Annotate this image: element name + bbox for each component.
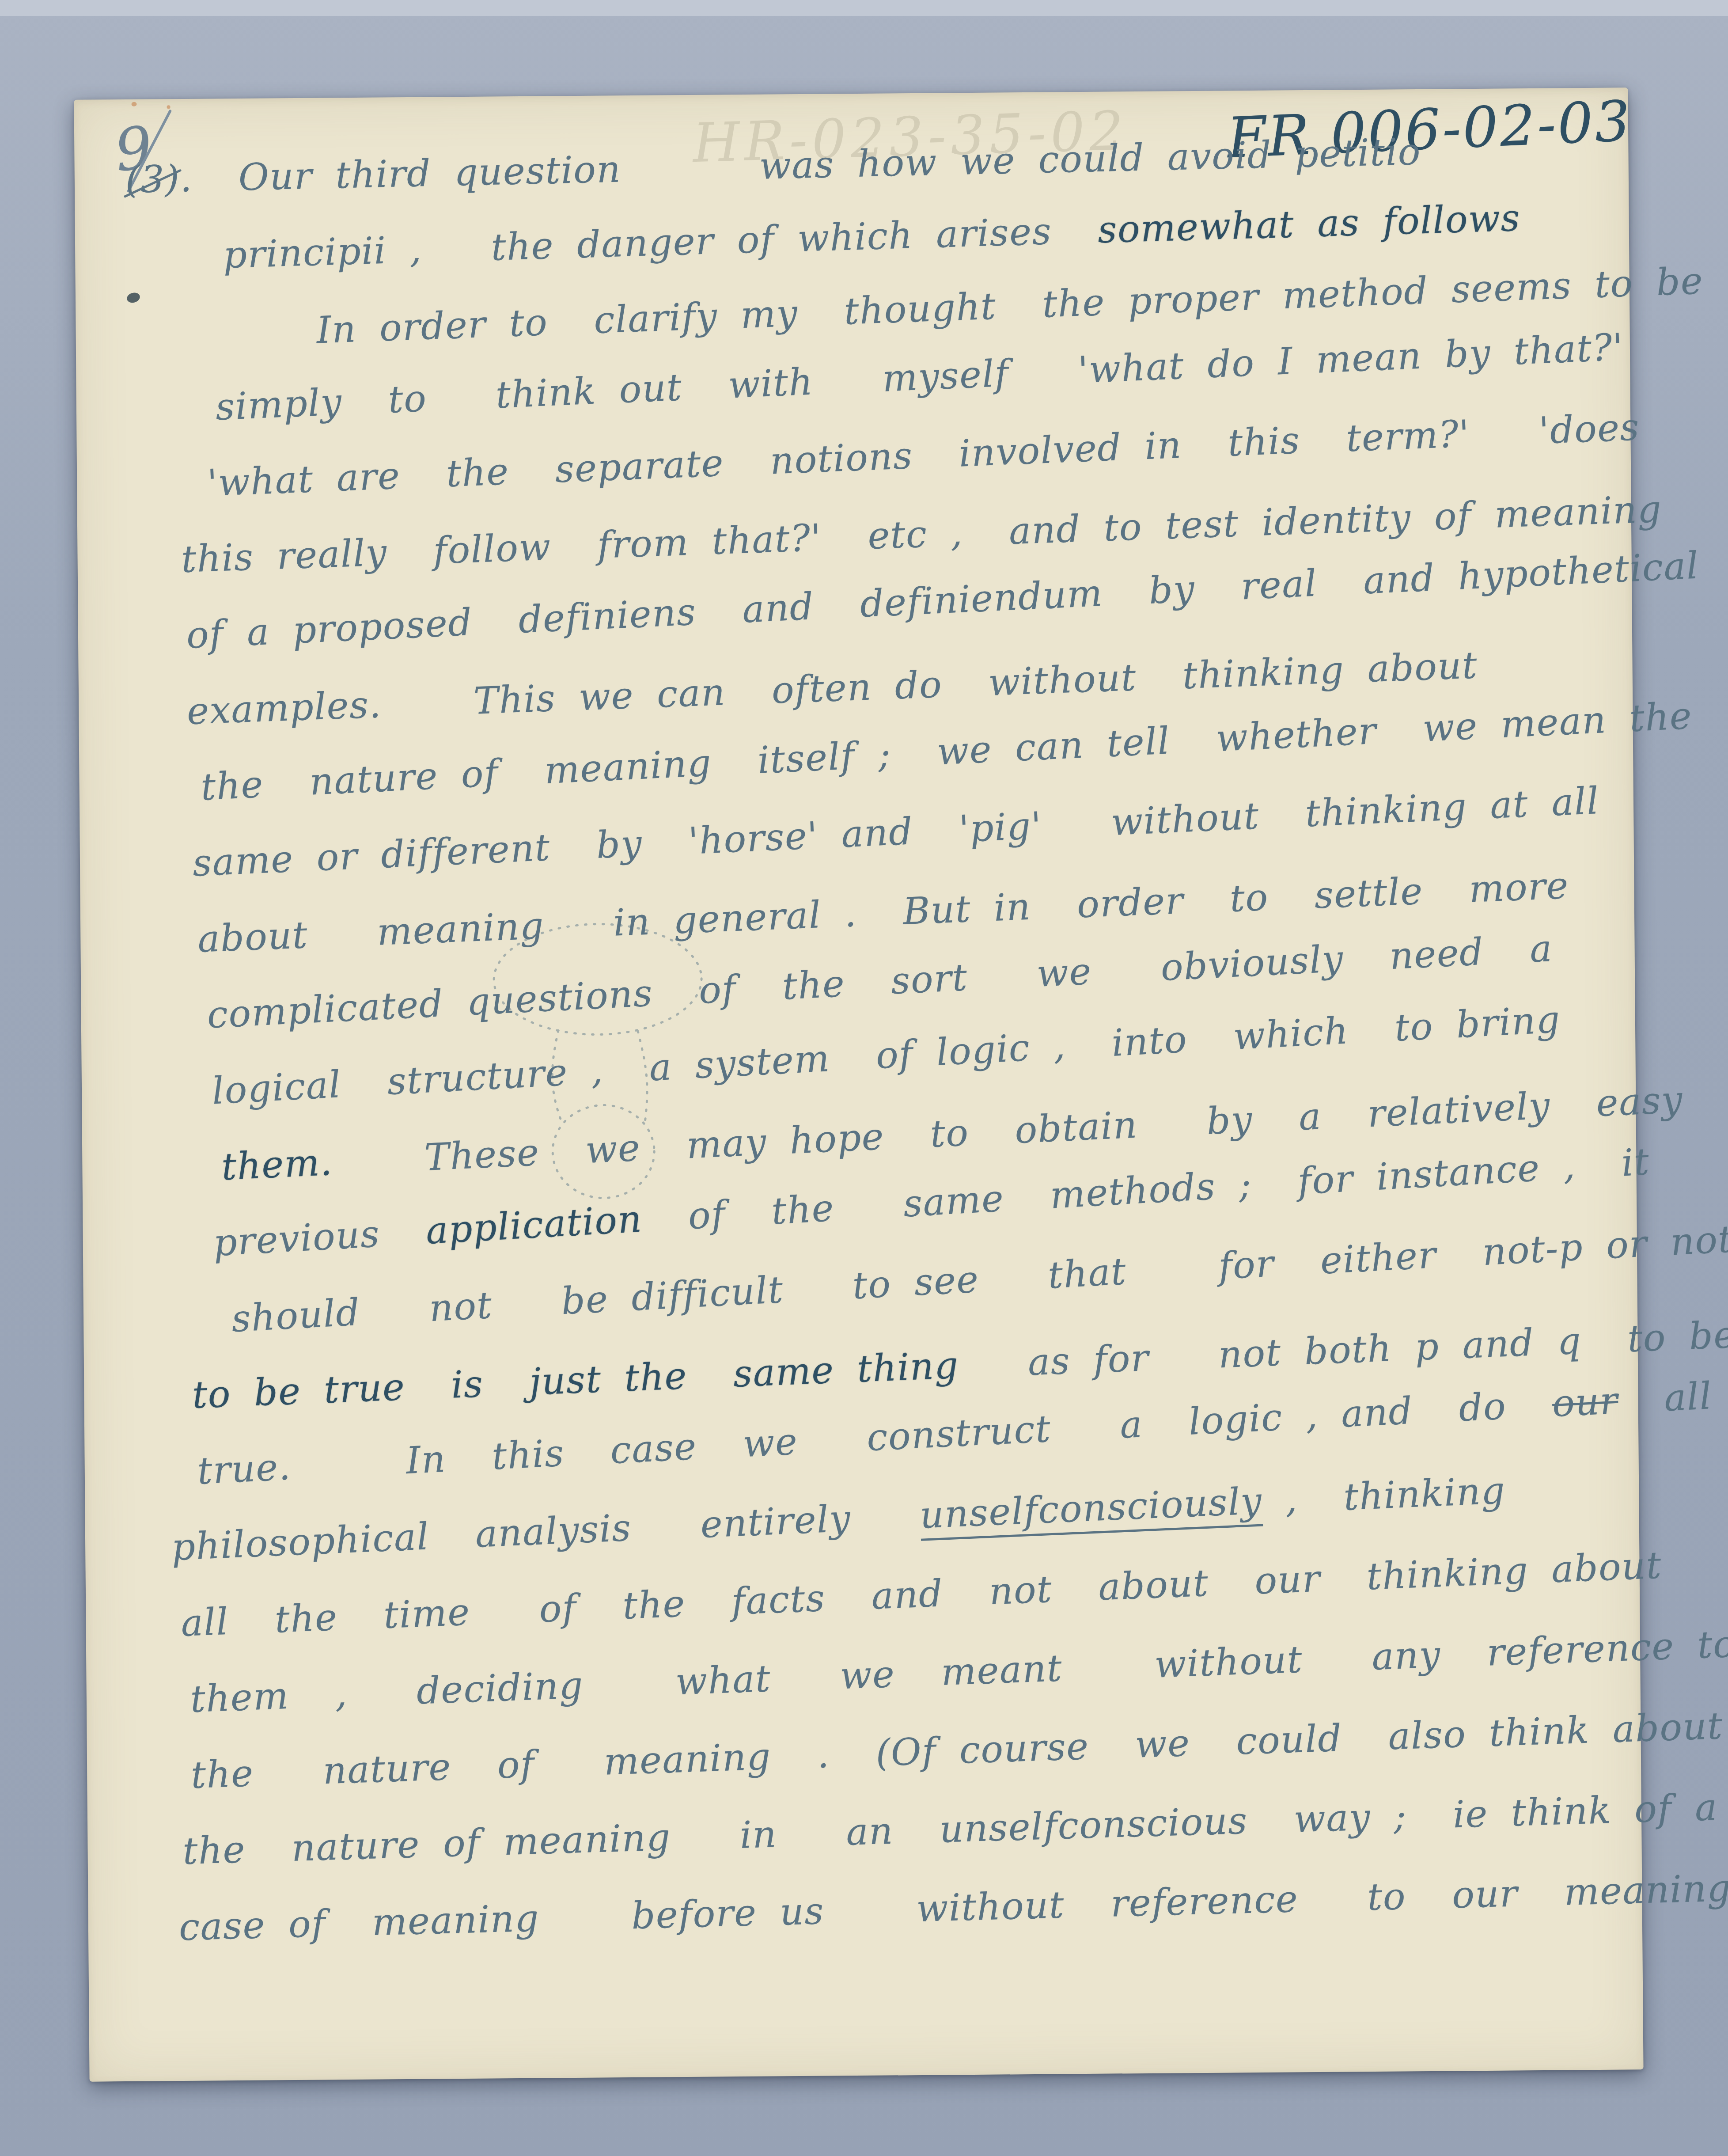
handwritten-text: philosophical analysis entirely: [171, 1494, 921, 1569]
paper-stain: [167, 105, 171, 109]
struck-word: our: [1551, 1379, 1619, 1425]
photo-background: { "photo": { "background_color": "#9da8b…: [0, 0, 1728, 2156]
handwritten-text: previous: [212, 1209, 427, 1264]
retraced-text: somewhat as follows: [1097, 196, 1521, 252]
paper-stain: [131, 102, 136, 106]
struck-section-label: (3): [125, 140, 181, 218]
handwritten-text: all our: [1617, 1370, 1728, 1422]
manuscript-page: 9 HR-023-35-02 FR 006-02-03 (3). Our thi…: [74, 87, 1643, 2081]
handwritten-text: , thinking: [1261, 1469, 1506, 1522]
manuscript-text: (3). Our third question was how we could…: [74, 130, 1642, 1966]
photo-light-strip: [0, 0, 1728, 16]
retraced-text: application: [424, 1197, 643, 1253]
handwritten-text: principii , the danger of which arises: [223, 208, 1099, 277]
underlined-word: unselfconsciously: [919, 1479, 1263, 1541]
retraced-text: them.: [220, 1140, 333, 1189]
